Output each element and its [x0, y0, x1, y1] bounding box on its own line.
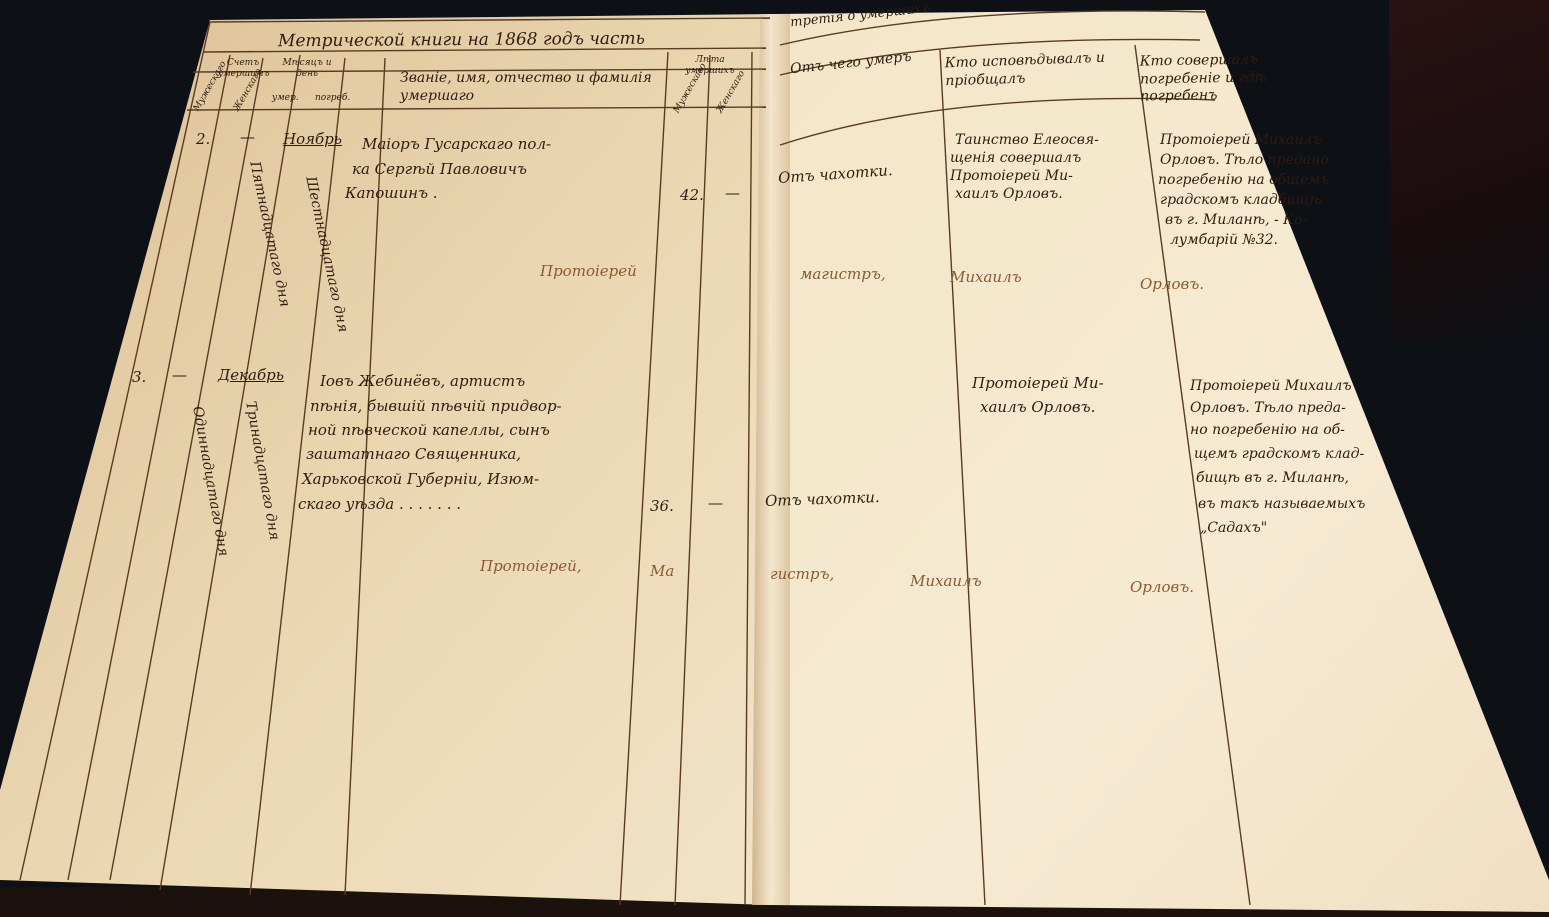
entry-2-name-line-6: скаго уѣзда . . . . . . . — [298, 495, 461, 514]
entry-1-burial-line-3: погребенію на общемъ — [1158, 172, 1329, 190]
entry-2-confessor-line-2: хаилъ Орловъ. — [980, 398, 1095, 417]
header-rank-name: Званіе, имя, отчество и фамилія умершаго — [400, 70, 660, 105]
entry-1-month: Ноябрь — [283, 130, 342, 149]
entry-1-confessor-line-3: Протоіерей Ми- — [950, 168, 1073, 186]
entry-1-confessor-line-1: Таинство Елеосвя- — [955, 132, 1099, 150]
entry-2-burial-line-1: Протоіерей Михаилъ — [1190, 378, 1352, 396]
header-buried: погреб. — [315, 93, 350, 104]
entry-2-signature-3: гистръ, — [770, 565, 834, 584]
header-month-day: Мѣсяцъ и день — [272, 58, 342, 81]
entry-2-cause: Отъ чахотки. — [765, 488, 880, 511]
entry-1-burial-line-1: Протоіерей Михаилъ — [1160, 132, 1322, 150]
entry-2-burial-line-3: но погребенію на об- — [1190, 422, 1345, 440]
entry-1-name-line-3: Капошинъ . — [345, 184, 438, 203]
entry-2-name-line-4: заштатнаго Священника, — [306, 445, 521, 464]
entry-1-signature-2: магистръ, — [800, 265, 886, 284]
header-died: умер. — [272, 93, 299, 104]
entry-2-burial-line-2: Орловъ. Тѣло преда- — [1190, 400, 1346, 418]
entry-1-burial-line-2: Орловъ. Тѣло предано — [1160, 152, 1329, 170]
entry-2-number-female: — — [172, 366, 187, 385]
entry-2-confessor-line-1: Протоіерей Ми- — [972, 374, 1104, 393]
entry-1-burial-line-5: въ г. Миланѣ, - Ко- — [1165, 212, 1307, 230]
header-burial: Кто совершалъ погребеніе и гдѣ погребенъ — [1140, 50, 1321, 106]
entry-2-signature-2: Ма — [650, 562, 674, 581]
entry-2-burial-line-4: щемъ градскомъ клад- — [1194, 446, 1364, 464]
entry-2-name-line-5: Харьковской Губерніи, Изюм- — [302, 470, 539, 489]
entry-2-age-male: 36. — [650, 497, 674, 516]
entry-1-name-line-2: ка Сергѣй Павловичъ — [352, 160, 527, 179]
entry-1-age-male: 42. — [680, 186, 704, 205]
entry-2-month: Декабрь — [218, 366, 284, 385]
entry-2-name-line-2: пѣнія, бывшій пѣвчій придвор- — [310, 397, 562, 416]
header-confessor: Кто исповѣдывалъ и пріобщалъ — [944, 49, 1135, 91]
entry-2-burial-line-5: бищѣ въ г. Миланѣ, — [1196, 470, 1349, 488]
entry-1-burial-line-6: лумбарій №32. — [1170, 232, 1278, 250]
entry-1-age-female: — — [725, 184, 740, 203]
entry-2-name-line-1: Іовъ Жебинёвъ, артистъ — [320, 372, 525, 391]
entry-1-confessor-line-4: хаилъ Орловъ. — [955, 186, 1063, 204]
entry-2-signature-1: Протоіерей, — [480, 557, 582, 576]
left-page-title: Метрической книги на 1868 годъ часть — [278, 29, 645, 53]
entry-2-signature-5: Орловъ. — [1130, 578, 1194, 597]
entry-1-number-male: 2. — [196, 130, 210, 149]
entry-2-signature-4: Михаилъ — [910, 572, 982, 591]
entry-1-signature-3: Михаилъ — [950, 268, 1022, 287]
entry-1-number-female: — — [240, 128, 255, 147]
entry-2-burial-line-6: въ такъ называемыхъ — [1198, 496, 1365, 514]
entry-2-number-male: 3. — [132, 368, 146, 387]
entry-1-confessor-line-2: щенія совершалъ — [950, 150, 1081, 168]
entry-1-signature-1: Протоіерей — [540, 262, 637, 281]
entry-2-name-line-3: ной пѣвческой капеллы, сынъ — [308, 421, 550, 440]
entry-1-name-line-1: Маіоръ Гусарскаго пол- — [362, 135, 551, 154]
entry-1-burial-line-4: градскомъ кладбищѣ — [1160, 192, 1322, 210]
entry-1-signature-4: Орловъ. — [1140, 275, 1204, 294]
entry-2-burial-line-7: „Садахъ" — [1200, 520, 1267, 538]
entry-2-age-female: — — [708, 494, 723, 513]
